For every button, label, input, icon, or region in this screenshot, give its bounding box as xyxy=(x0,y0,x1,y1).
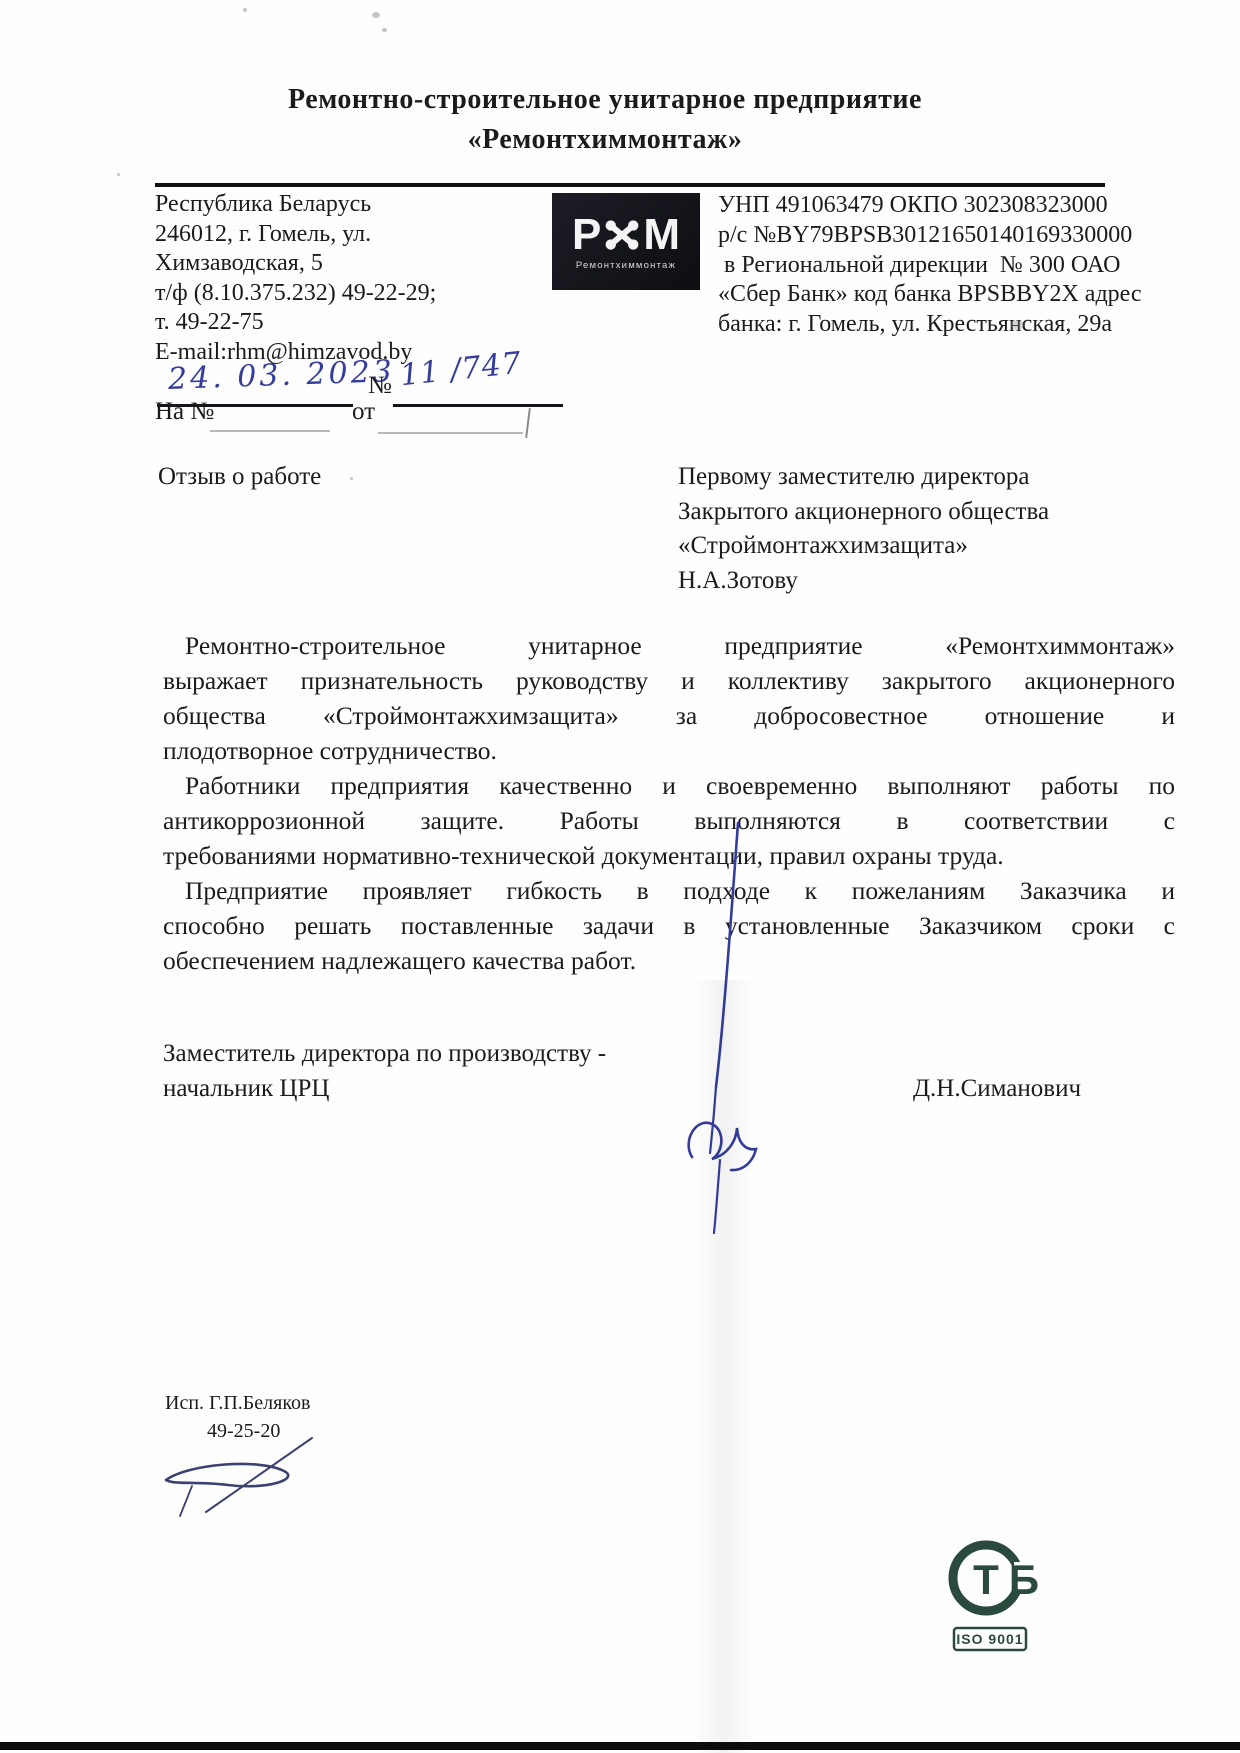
reply-number-blank xyxy=(210,430,330,432)
crossed-dots-icon xyxy=(603,217,641,253)
executor-signature xyxy=(150,1428,380,1523)
body-text-line: плодотворное сотрудничество. xyxy=(163,733,1175,768)
addressee-block: Первому заместителю директораЗакрытого а… xyxy=(678,460,1148,598)
stamp-letter-b: Б xyxy=(1009,1556,1039,1603)
letterhead-title: Ремонтно-строительное унитарное предприя… xyxy=(0,80,1210,160)
logo-letter-p: Р xyxy=(572,213,601,257)
letterhead-title-line2: «Ремонтхиммонтаж» xyxy=(0,120,1210,160)
body-text-line: выражает признательность руководству и к… xyxy=(163,663,1175,698)
bank-requisites-line: р/с №BY79BPSB30121650140169330000 xyxy=(718,221,1178,251)
reply-to-label: На № xyxy=(155,398,214,426)
sender-address-line: т. 49-22-75 xyxy=(155,308,500,338)
scanned-letter-page: Ремонтно-строительное унитарное предприя… xyxy=(0,0,1240,1753)
sender-address-line: 246012, г. Гомель, ул. xyxy=(155,220,500,250)
handwritten-date: 24. 03. 2023 xyxy=(167,354,395,397)
bank-requisites-line: в Региональной дирекции № 300 ОАО xyxy=(718,251,1178,281)
body-text-line: общества «Строймонтажхимзащита» за добро… xyxy=(163,698,1175,733)
stamp-letter-t: Т xyxy=(973,1556,999,1603)
logo-letters: Р М xyxy=(572,213,680,257)
body-text-line: Работники предприятия качественно и свое… xyxy=(163,768,1175,803)
signer-name: Д.Н.Симанович xyxy=(913,1075,1081,1103)
sender-address-block: Республика Беларусь246012, г. Гомель, ул… xyxy=(155,190,500,367)
scan-bottom-edge xyxy=(0,1742,1240,1750)
stb-iso-stamp: Т Б ISO 9001 xyxy=(938,1532,1042,1662)
sender-address-line: Химзаводская, 5 xyxy=(155,249,500,279)
number-underline xyxy=(393,404,563,407)
sender-address-line: Республика Беларусь xyxy=(155,190,500,220)
header-rule xyxy=(155,183,1105,187)
addressee-line: «Строймонтажхимзащита» xyxy=(678,529,1148,564)
subject-line: Отзыв о работе xyxy=(158,463,321,491)
logo-caption: Ремонтхиммонтаж xyxy=(576,260,676,271)
letterhead-title-line1: Ремонтно-строительное унитарное предприя… xyxy=(0,80,1210,120)
addressee-line: Первому заместителю директора xyxy=(678,460,1148,495)
executor-name: Исп. Г.П.Беляков xyxy=(165,1392,310,1415)
scan-speck xyxy=(382,28,387,32)
bank-requisites-line: «Сбер Банк» код банка BPSBBY2X адрес xyxy=(718,280,1178,310)
scan-speck xyxy=(372,12,380,18)
scan-speck xyxy=(350,477,353,480)
logo-letter-m: М xyxy=(643,213,680,257)
scan-speck xyxy=(1010,320,1024,330)
scan-speck xyxy=(243,8,247,12)
pen-tick-mark xyxy=(525,408,531,438)
addressee-line: Закрытого акционерного общества xyxy=(678,495,1148,530)
stamp-iso-label: ISO 9001 xyxy=(956,1631,1023,1647)
body-text-line: Ремонтно-строительное унитарное предприя… xyxy=(163,628,1175,663)
reply-date-blank xyxy=(378,432,523,434)
sender-address-line: т/ф (8.10.375.232) 49-22-29; xyxy=(155,279,500,309)
signer-position-line2: начальник ЦРЦ xyxy=(163,1075,329,1103)
bank-requisites-line: банка: г. Гомель, ул. Крестьянская, 29а xyxy=(718,310,1178,340)
scan-fold-shadow xyxy=(695,980,753,1753)
reply-from-label: от xyxy=(352,398,375,426)
bank-requisites-line: УНП 491063479 ОКПО 302308323000 xyxy=(718,191,1178,221)
addressee-line: Н.А.Зотову xyxy=(678,564,1148,599)
company-logo: Р М Ремонтхиммонтаж xyxy=(552,193,700,290)
bank-requisites-block: УНП 491063479 ОКПО 302308323000р/с №BY79… xyxy=(718,191,1178,340)
number-sign-label: № xyxy=(368,372,392,400)
signer-position-line1: Заместитель директора по производству - xyxy=(163,1040,606,1068)
scan-speck xyxy=(117,173,120,176)
